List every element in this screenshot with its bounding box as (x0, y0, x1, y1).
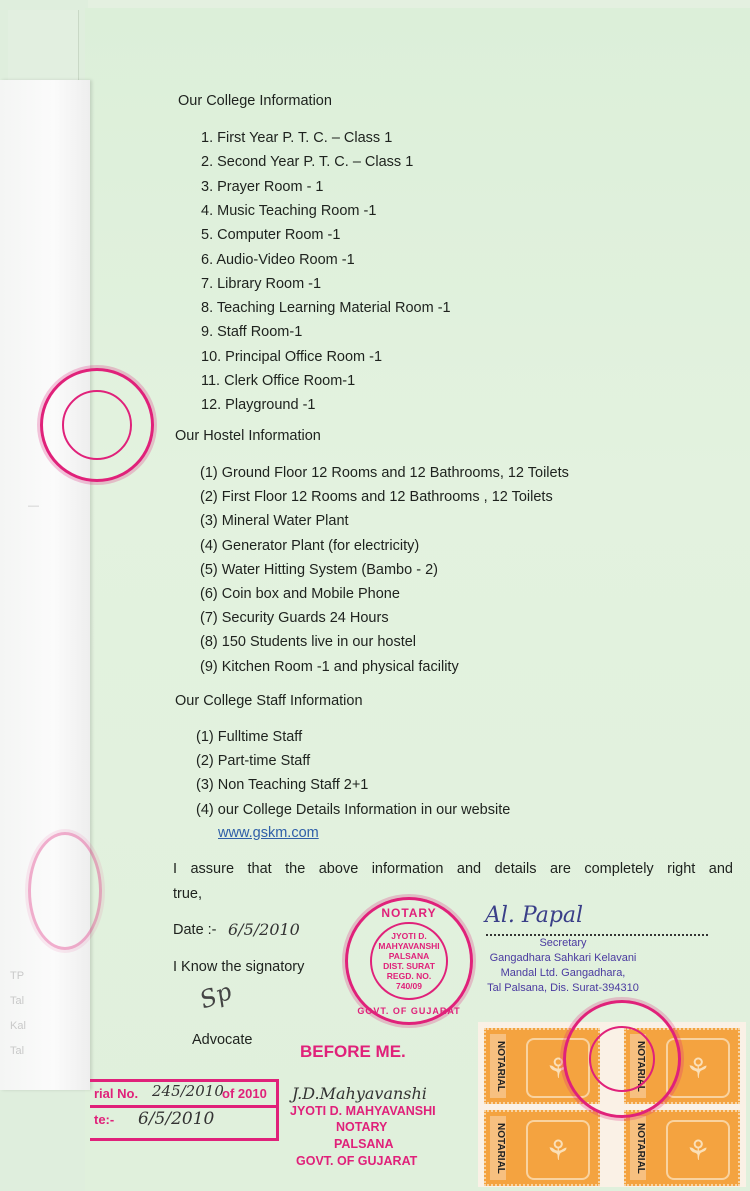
college-list-item: 2. Second Year P. T. C. – Class 1 (201, 154, 413, 170)
college-list-item: 7. Library Room -1 (201, 276, 321, 292)
college-list-item: 4. Music Teaching Room -1 (201, 203, 376, 219)
revenue-stamp-label: NOTARIAL (490, 1116, 506, 1180)
notary-govt: GOVT. OF GUJARAT (296, 1154, 417, 1168)
hostel-list-item: (3) Mineral Water Plant (200, 513, 349, 529)
notary-seal: NOTARY JYOTI D.MAHYAVANSHIPALSANADIST. S… (345, 897, 473, 1025)
assurance-text: I assure that the above information and … (173, 861, 733, 877)
college-list-item: 5. Computer Room -1 (201, 227, 340, 243)
secretary-signature: Al. Papal (485, 903, 583, 928)
notary-signature: J.D.Mahyavanshi (292, 1084, 427, 1103)
college-list-item: 6. Audio-Video Room -1 (201, 252, 355, 268)
college-list-item: 10. Principal Office Room -1 (201, 349, 382, 365)
notary-seal-faded-partial (28, 832, 102, 950)
before-me-stamp: BEFORE ME. (300, 1042, 406, 1062)
college-list-item: 3. Prayer Room - 1 (201, 179, 324, 195)
serial-suffix: of 2010 (222, 1086, 267, 1101)
notary-name: JYOTI D. MAHYAVANSHI (290, 1104, 436, 1118)
staff-list-item: (2) Part-time Staff (196, 753, 310, 769)
advocate-label: Advocate (192, 1032, 252, 1048)
date-value: 6/5/2010 (228, 920, 300, 939)
revenue-stamp: NOTARIAL⚘ (624, 1110, 740, 1186)
secretary-block: Secretary Gangadhara Sahkari Kelavani Ma… (478, 936, 648, 996)
back-sheet-corner (8, 10, 79, 80)
serial-box: rial No. 245/2010 of 2010 te:- 6/5/2010 (90, 1079, 279, 1141)
secretary-org-line2: Mandal Ltd. Gangadhara, (478, 966, 648, 981)
staff-list-item: (3) Non Teaching Staff 2+1 (196, 777, 368, 793)
assurance-text-cont: true, (173, 886, 202, 902)
notary-seal-on-stamps (563, 1000, 681, 1118)
hostel-list-item: (4) Generator Plant (for electricity) (200, 538, 419, 554)
college-list-item: 9. Staff Room-1 (201, 324, 302, 340)
hostel-list-item: (7) Security Guards 24 Hours (200, 610, 389, 626)
lion-capital-emblem-icon: ⚘ (666, 1120, 730, 1180)
notary-seal-inner: JYOTI D.MAHYAVANSHIPALSANADIST. SURATREG… (370, 922, 448, 1000)
serial-date-label: te:- (94, 1112, 114, 1127)
serial-date-value: 6/5/2010 (138, 1109, 214, 1129)
hostel-list-item: (1) Ground Floor 12 Rooms and 12 Bathroo… (200, 465, 569, 481)
staff-list-item: (1) Fulltime Staff (196, 729, 302, 745)
seal-text-line: JYOTI D. (391, 931, 426, 941)
college-heading: Our College Information (178, 93, 332, 109)
hostel-list-item: (6) Coin box and Mobile Phone (200, 586, 400, 602)
revenue-stamp-label: NOTARIAL (630, 1116, 646, 1180)
date-label: Date :- (173, 922, 217, 938)
notary-place: PALSANA (334, 1137, 394, 1151)
hostel-heading: Our Hostel Information (175, 428, 321, 444)
seal-text-line: 740/09 (396, 981, 422, 991)
college-list-item: 12. Playground -1 (201, 397, 315, 413)
seal-text-line: DIST. SURAT (383, 961, 435, 971)
staff-list-item: (4) our College Details Information in o… (196, 802, 510, 818)
notary-title: NOTARY (336, 1120, 387, 1134)
hostel-list-item: (9) Kitchen Room -1 and physical facilit… (200, 659, 459, 675)
seal-text-line: PALSANA (389, 951, 429, 961)
serial-value: 245/2010 (152, 1082, 224, 1100)
revenue-stamp-label: NOTARIAL (490, 1034, 506, 1098)
serial-label: rial No. (94, 1086, 138, 1101)
secretary-org-line1: Gangadhara Sahkari Kelavani (478, 951, 648, 966)
college-list-item: 8. Teaching Learning Material Room -1 (201, 300, 451, 316)
secretary-title: Secretary (478, 936, 648, 951)
college-list-item: 11. Clerk Office Room-1 (201, 373, 355, 389)
seal-text-line: REGD. NO. (387, 971, 431, 981)
hostel-list-item: (2) First Floor 12 Rooms and 12 Bathroom… (200, 489, 553, 505)
staff-heading: Our College Staff Information (175, 693, 363, 709)
hostel-list-item: (5) Water Hitting System (Bambo - 2) (200, 562, 438, 578)
hostel-list-item: (8) 150 Students live in our hostel (200, 634, 416, 650)
notary-seal-left-partial (40, 368, 154, 482)
lion-capital-emblem-icon: ⚘ (526, 1120, 590, 1180)
secretary-org-line3: Tal Palsana, Dis. Surat-394310 (478, 981, 648, 996)
seal-text-line: MAHYAVANSHI (378, 941, 439, 951)
college-list-item: 1. First Year P. T. C. – Class 1 (201, 130, 392, 146)
revenue-stamp: NOTARIAL⚘ (484, 1110, 600, 1186)
website-link[interactable]: www.gskm.com (218, 825, 319, 841)
